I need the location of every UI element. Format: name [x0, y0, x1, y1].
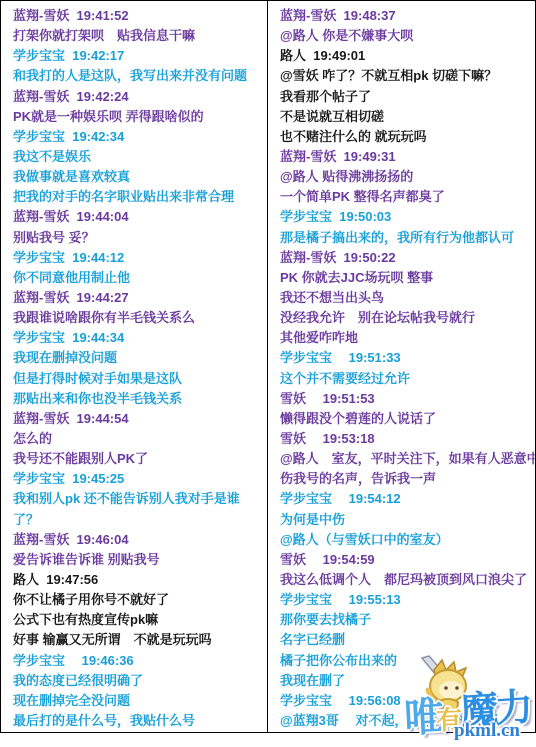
chat-line: 我现在删了	[280, 671, 535, 691]
chat-line: 雪妖 19:51:53	[280, 389, 535, 409]
chat-line: 好事 输赢又无所谓 不就是玩玩吗	[13, 630, 267, 650]
chat-line: 最后打的是什么号，我贴什么号	[13, 711, 267, 731]
chat-log-left-column: 蓝翔-雪妖 19:41:52打架你就打架呗 贴我信息干嘛学步宝宝 19:42:1…	[1, 1, 268, 732]
chat-line: 学步宝宝 19:55:13	[280, 590, 535, 610]
chat-line: 我现在删掉没问题	[13, 348, 267, 368]
chat-log-frame: 蓝翔-雪妖 19:41:52打架你就打架呗 贴我信息干嘛学步宝宝 19:42:1…	[0, 0, 536, 733]
chat-line: 学步宝宝 19:56:08	[280, 691, 535, 711]
chat-line: 其他爱咋咋地	[280, 328, 535, 348]
chat-line: 学步宝宝 19:51:33	[280, 348, 535, 368]
chat-line: 我看那个帖子了	[280, 87, 535, 107]
chat-line: 学步宝宝 19:42:34	[13, 127, 267, 147]
chat-line: 蓝翔-雪妖 19:49:31	[280, 147, 535, 167]
chat-log-right-column: 蓝翔-雪妖 19:48:37@路人 你是不嫌事大呗路人 19:49:01@雪妖 …	[268, 1, 535, 732]
chat-line: 我做事就是喜欢较真	[13, 167, 267, 187]
chat-line: 蓝翔-雪妖 19:44:27	[13, 288, 267, 308]
chat-line: 蓝翔-雪妖 19:42:24	[13, 87, 267, 107]
chat-line: 你不同意他用制止他	[13, 268, 267, 288]
chat-line: @路人 你是不嫌事大呗	[280, 26, 535, 46]
chat-line: 爱告诉谁告诉谁 别贴我号	[13, 550, 267, 570]
chat-line: 为何是中伤	[280, 510, 535, 530]
chat-line: 蓝翔-雪妖 19:50:22	[280, 248, 535, 268]
chat-line: PK就是一种娱乐呗 弄得跟啥似的	[13, 107, 267, 127]
chat-line: 蓝翔-雪妖 19:46:04	[13, 530, 267, 550]
chat-line: @路人 室友，平时关注下，如果有人恶意中	[280, 449, 535, 469]
chat-line: PK 你就去JJC场玩呗 整事	[280, 268, 535, 288]
chat-line: 学步宝宝 19:44:12	[13, 248, 267, 268]
chat-line: 雪妖 19:53:18	[280, 429, 535, 449]
chat-line: 不是说就互相切磋	[280, 107, 535, 127]
chat-line: 蓝翔-雪妖 19:44:54	[13, 409, 267, 429]
chat-line: @路人（与雪妖口中的室友）	[280, 530, 535, 550]
chat-line: @雪妖 咋了？不就互相pk 切磋下嘛？	[280, 66, 535, 86]
chat-line: 学步宝宝 19:45:25	[13, 469, 267, 489]
chat-line: 现在删掉完全没问题	[13, 691, 267, 711]
chat-line: 也不赌注什么的 就玩玩吗	[280, 127, 535, 147]
chat-line: 路人 19:49:01	[280, 46, 535, 66]
chat-line: 蓝翔-雪妖 19:41:52	[13, 6, 267, 26]
chat-line: 一个简单PK 整得名声都臭了	[280, 187, 535, 207]
chat-line: 我和别人pk 还不能告诉别人我对手是谁	[13, 489, 267, 509]
chat-line: 学步宝宝 19:50:03	[280, 207, 535, 227]
chat-line: @蓝翔3哥 对不起，我已经全部删了	[280, 711, 535, 731]
chat-line: 我的态度已经很明确了	[13, 671, 267, 691]
chat-line: 那是橘子搞出来的，我所有行为他都认可	[280, 228, 535, 248]
chat-line: @路人 贴得沸沸扬扬的	[280, 167, 535, 187]
chat-line: 打架你就打架呗 贴我信息干嘛	[13, 26, 267, 46]
chat-line: 橘子把你公布出来的	[280, 651, 535, 671]
chat-line: 雪妖 19:54:59	[280, 550, 535, 570]
chat-log-screenshot: 蓝翔-雪妖 19:41:52打架你就打架呗 贴我信息干嘛学步宝宝 19:42:1…	[0, 0, 536, 747]
chat-line: 但是打得时候对手如果是这队	[13, 369, 267, 389]
chat-line: 学步宝宝 19:44:34	[13, 328, 267, 348]
chat-line: 学步宝宝 19:46:36	[13, 651, 267, 671]
chat-line: 公式下也有热度宣传pk嘛	[13, 610, 267, 630]
chat-line: 把我的对手的名字职业贴出来非常合理	[13, 187, 267, 207]
chat-line: 蓝翔-雪妖 19:44:04	[13, 207, 267, 227]
chat-line: 怎么的	[13, 429, 267, 449]
chat-line: 我号还不能跟别人PK了	[13, 449, 267, 469]
chat-line: 这个并不需要经过允许	[280, 369, 535, 389]
chat-line: 和我打的人是这队，我写出来并没有问题	[13, 66, 267, 86]
chat-line: 我这不是娱乐	[13, 147, 267, 167]
chat-line: 我跟谁说啥跟你有半毛钱关系么	[13, 308, 267, 328]
chat-line: 路人 19:47:56	[13, 570, 267, 590]
chat-line: 我这么低调个人 都尼玛被顶到风口浪尖了	[280, 570, 535, 590]
chat-line: 懒得跟没个碧莲的人说话了	[280, 409, 535, 429]
chat-line: 学步宝宝 19:54:12	[280, 489, 535, 509]
chat-line: 蓝翔-雪妖 19:48:37	[280, 6, 535, 26]
chat-line: 学步宝宝 19:42:17	[13, 46, 267, 66]
chat-line: 那贴出来和你也没半毛钱关系	[13, 389, 267, 409]
chat-line: 那你要去找橘子	[280, 610, 535, 630]
chat-line: 别贴我号 妥？	[13, 228, 267, 248]
chat-line: 你不让橘子用你号不就好了	[13, 590, 267, 610]
chat-line: 我还不想当出头鸟	[280, 288, 535, 308]
chat-line: 没经我允许 别在论坛帖我号就行	[280, 308, 535, 328]
chat-line: 名字已经删	[280, 630, 535, 650]
chat-line: 了？	[13, 510, 267, 530]
chat-line: 伤我号的名声，告诉我一声	[280, 469, 535, 489]
